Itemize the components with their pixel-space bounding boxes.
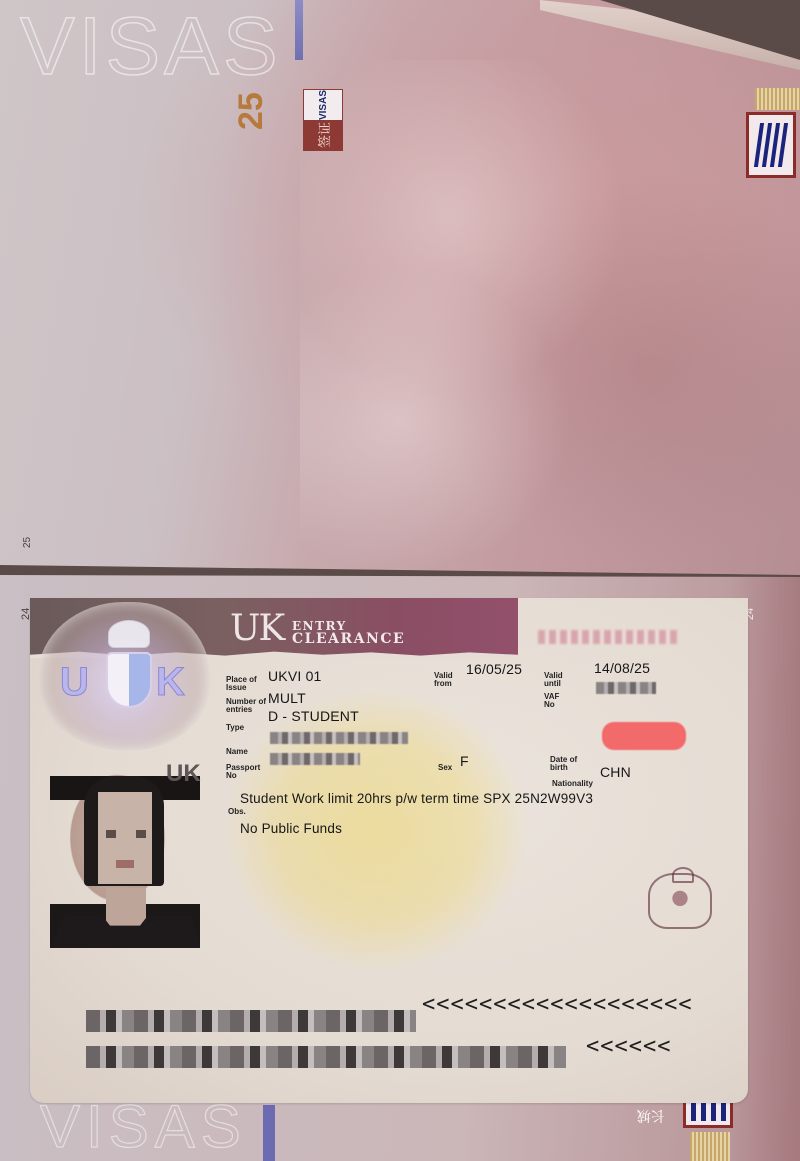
crown-icon (108, 620, 150, 648)
gold-edge-pattern-bottom (690, 1132, 730, 1161)
great-wall-chinese-label: 长城 (637, 1106, 665, 1126)
great-wall-background-artwork (300, 60, 800, 575)
type-label: Type (226, 724, 244, 732)
vaf-no-label: VAF No (544, 693, 564, 709)
passport-number-redacted (270, 753, 360, 765)
number-of-entries-label: Number of entries (226, 698, 266, 714)
mrz-line-2-redacted (86, 1046, 566, 1068)
blue-security-band-bottom (263, 1105, 275, 1161)
mrz-line-1-redacted (86, 1010, 416, 1032)
uk-visa-vignette: UK ENTRY CLEARANCE U K Place of Issue UK… (30, 598, 748, 1103)
valid-until-value: 14/08/25 (594, 660, 650, 676)
vignette-serial-number-redacted (538, 630, 678, 644)
royal-coat-of-arms-icon (648, 873, 712, 929)
blue-security-band (295, 0, 303, 60)
nationality-value: CHN (600, 764, 631, 780)
passport-no-label: Passport No (226, 764, 262, 780)
gold-edge-pattern (755, 88, 800, 110)
visas-badge: 签证 VISAS (303, 89, 343, 151)
valid-until-label: Valid until (544, 672, 570, 688)
mrz-line-2-filler: <<<<<< (586, 1034, 671, 1059)
type-value: D - STUDENT (268, 708, 359, 724)
sex-value: F (460, 753, 469, 769)
date-of-birth-redacted (602, 722, 686, 750)
visas-badge-chinese: 签证 (304, 120, 342, 150)
mrz-line-1-filler: <<<<<<<<<<<<<<<<<<< (422, 992, 693, 1017)
uk-hologram-icon: U K (38, 602, 210, 750)
page-number-25: 25 (232, 92, 271, 130)
vaf-number-redacted (596, 682, 656, 694)
entry-clearance-title: ENTRY CLEARANCE (292, 620, 405, 646)
nationality-label: Nationality (552, 780, 593, 788)
valid-from-label: Valid from (434, 672, 460, 688)
name-label: Name (226, 748, 248, 756)
number-of-entries-value: MULT (268, 690, 306, 706)
observation-line-2: No Public Funds (240, 821, 342, 836)
shield-icon (106, 652, 152, 708)
place-of-issue-label: Place of Issue (226, 676, 262, 692)
visas-watermark-top: VISAS (20, 0, 282, 94)
passport-page-25: VISAS 25 签证 VISAS 25 (0, 0, 800, 590)
date-of-birth-label: Date of birth (550, 756, 586, 772)
uk-logo: UK (230, 608, 283, 649)
valid-from-value: 16/05/25 (466, 661, 522, 677)
observations-label: Obs. (228, 808, 246, 816)
side-page-number-25: 25 (22, 537, 33, 548)
sex-label: Sex (438, 764, 452, 772)
visas-badge-english: VISAS (304, 90, 342, 120)
photo-uk-label: UK (166, 760, 201, 788)
observation-line-1: Student Work limit 20hrs p/w term time S… (240, 791, 593, 806)
place-of-issue-value: UKVI 01 (268, 668, 322, 684)
blue-bars-emblem-icon (746, 112, 796, 178)
name-value-redacted (270, 732, 408, 744)
